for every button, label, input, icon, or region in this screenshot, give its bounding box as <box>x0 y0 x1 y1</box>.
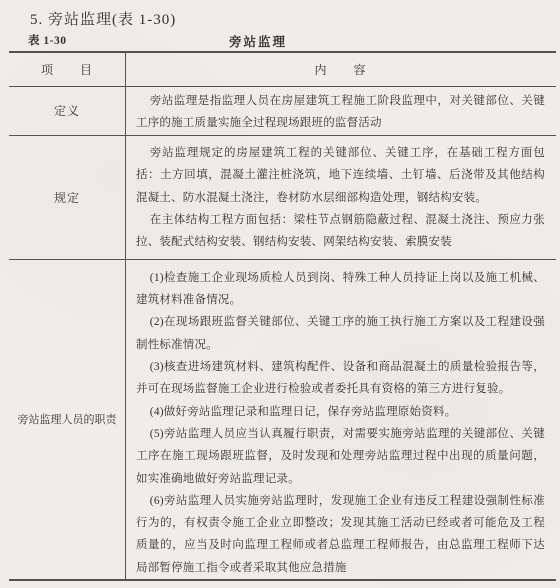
pangzhan-supervision-table: 项 目 内 容 定义 旁站监理是指监理人员在房屋建筑工程施工阶段监理中，对关键部… <box>9 51 556 581</box>
table-row-definition: 定义 旁站监理是指监理人员在房屋建筑工程施工阶段监理中，对关键部位、关键工序的施… <box>9 87 556 136</box>
column-header-item: 项 目 <box>9 53 125 86</box>
row-content-definition: 旁站监理是指监理人员在房屋建筑工程施工阶段监理中，对关键部位、关键工序的施工质量… <box>125 87 556 135</box>
row-label-definition: 定义 <box>9 87 125 135</box>
table-row-regulation: 规定 旁站监理规定的房屋建筑工程的关键部位、关键工序，在基础工程方面包括：土方回… <box>9 136 556 260</box>
row-label-regulation: 规定 <box>9 136 125 259</box>
table-row-duties: 旁站监理人员的职责 (1)检查施工企业现场质检人员到岗、特殊工种人员持证上岗以及… <box>9 260 556 579</box>
table-title: 旁站监理 <box>28 32 488 50</box>
paragraph: (2)在现场跟班监督关键部位、关键工序的施工执行施工方案以及工程建设强制性标准情… <box>136 311 545 356</box>
row-label-duties: 旁站监理人员的职责 <box>9 260 125 579</box>
paragraph: 在主体结构工程方面包括：梁柱节点钢筋隐蔽过程、混凝土浇注、预应力张拉、装配式结构… <box>136 209 545 254</box>
paragraph: (6)旁站监理人员实施旁站监理时，发现施工企业有违反工程建设强制性标准行为的，有… <box>136 490 545 579</box>
row-content-duties: (1)检查施工企业现场质检人员到岗、特殊工种人员持证上岗以及施工机械、建筑材料准… <box>125 260 556 579</box>
table-header-row: 项 目 内 容 <box>9 53 556 87</box>
document-page: 5. 旁站监理(表 1-30) 表 1-30 旁站监理 项 目 内 容 定义 旁… <box>0 0 560 588</box>
paragraph: (4)做好旁站监理记录和监理日记，保存旁站监理原始资料。 <box>136 401 545 423</box>
row-content-regulation: 旁站监理规定的房屋建筑工程的关键部位、关键工序，在基础工程方面包括：土方回填，混… <box>125 136 556 259</box>
paragraph: (3)核查进场建筑材料、建筑构配件、设备和商品混凝土的质量检验报告等，并可在现场… <box>136 356 545 401</box>
table-caption-row: 表 1-30 旁站监理 <box>28 32 548 48</box>
column-header-content: 内 容 <box>125 53 556 86</box>
paragraph: (5)旁站监理人员应当认真履行职责，对需要实施旁站监理的关键部位、关键工序在施工… <box>136 423 545 490</box>
paragraph: 旁站监理是指监理人员在房屋建筑工程施工阶段监理中，对关键部位、关键工序的施工质量… <box>136 90 545 135</box>
paragraph: 旁站监理规定的房屋建筑工程的关键部位、关键工序，在基础工程方面包括：土方回填，混… <box>136 142 545 209</box>
paragraph: (1)检查施工企业现场质检人员到岗、特殊工种人员持证上岗以及施工机械、建筑材料准… <box>136 267 545 312</box>
section-heading: 5. 旁站监理(表 1-30) <box>30 8 176 29</box>
